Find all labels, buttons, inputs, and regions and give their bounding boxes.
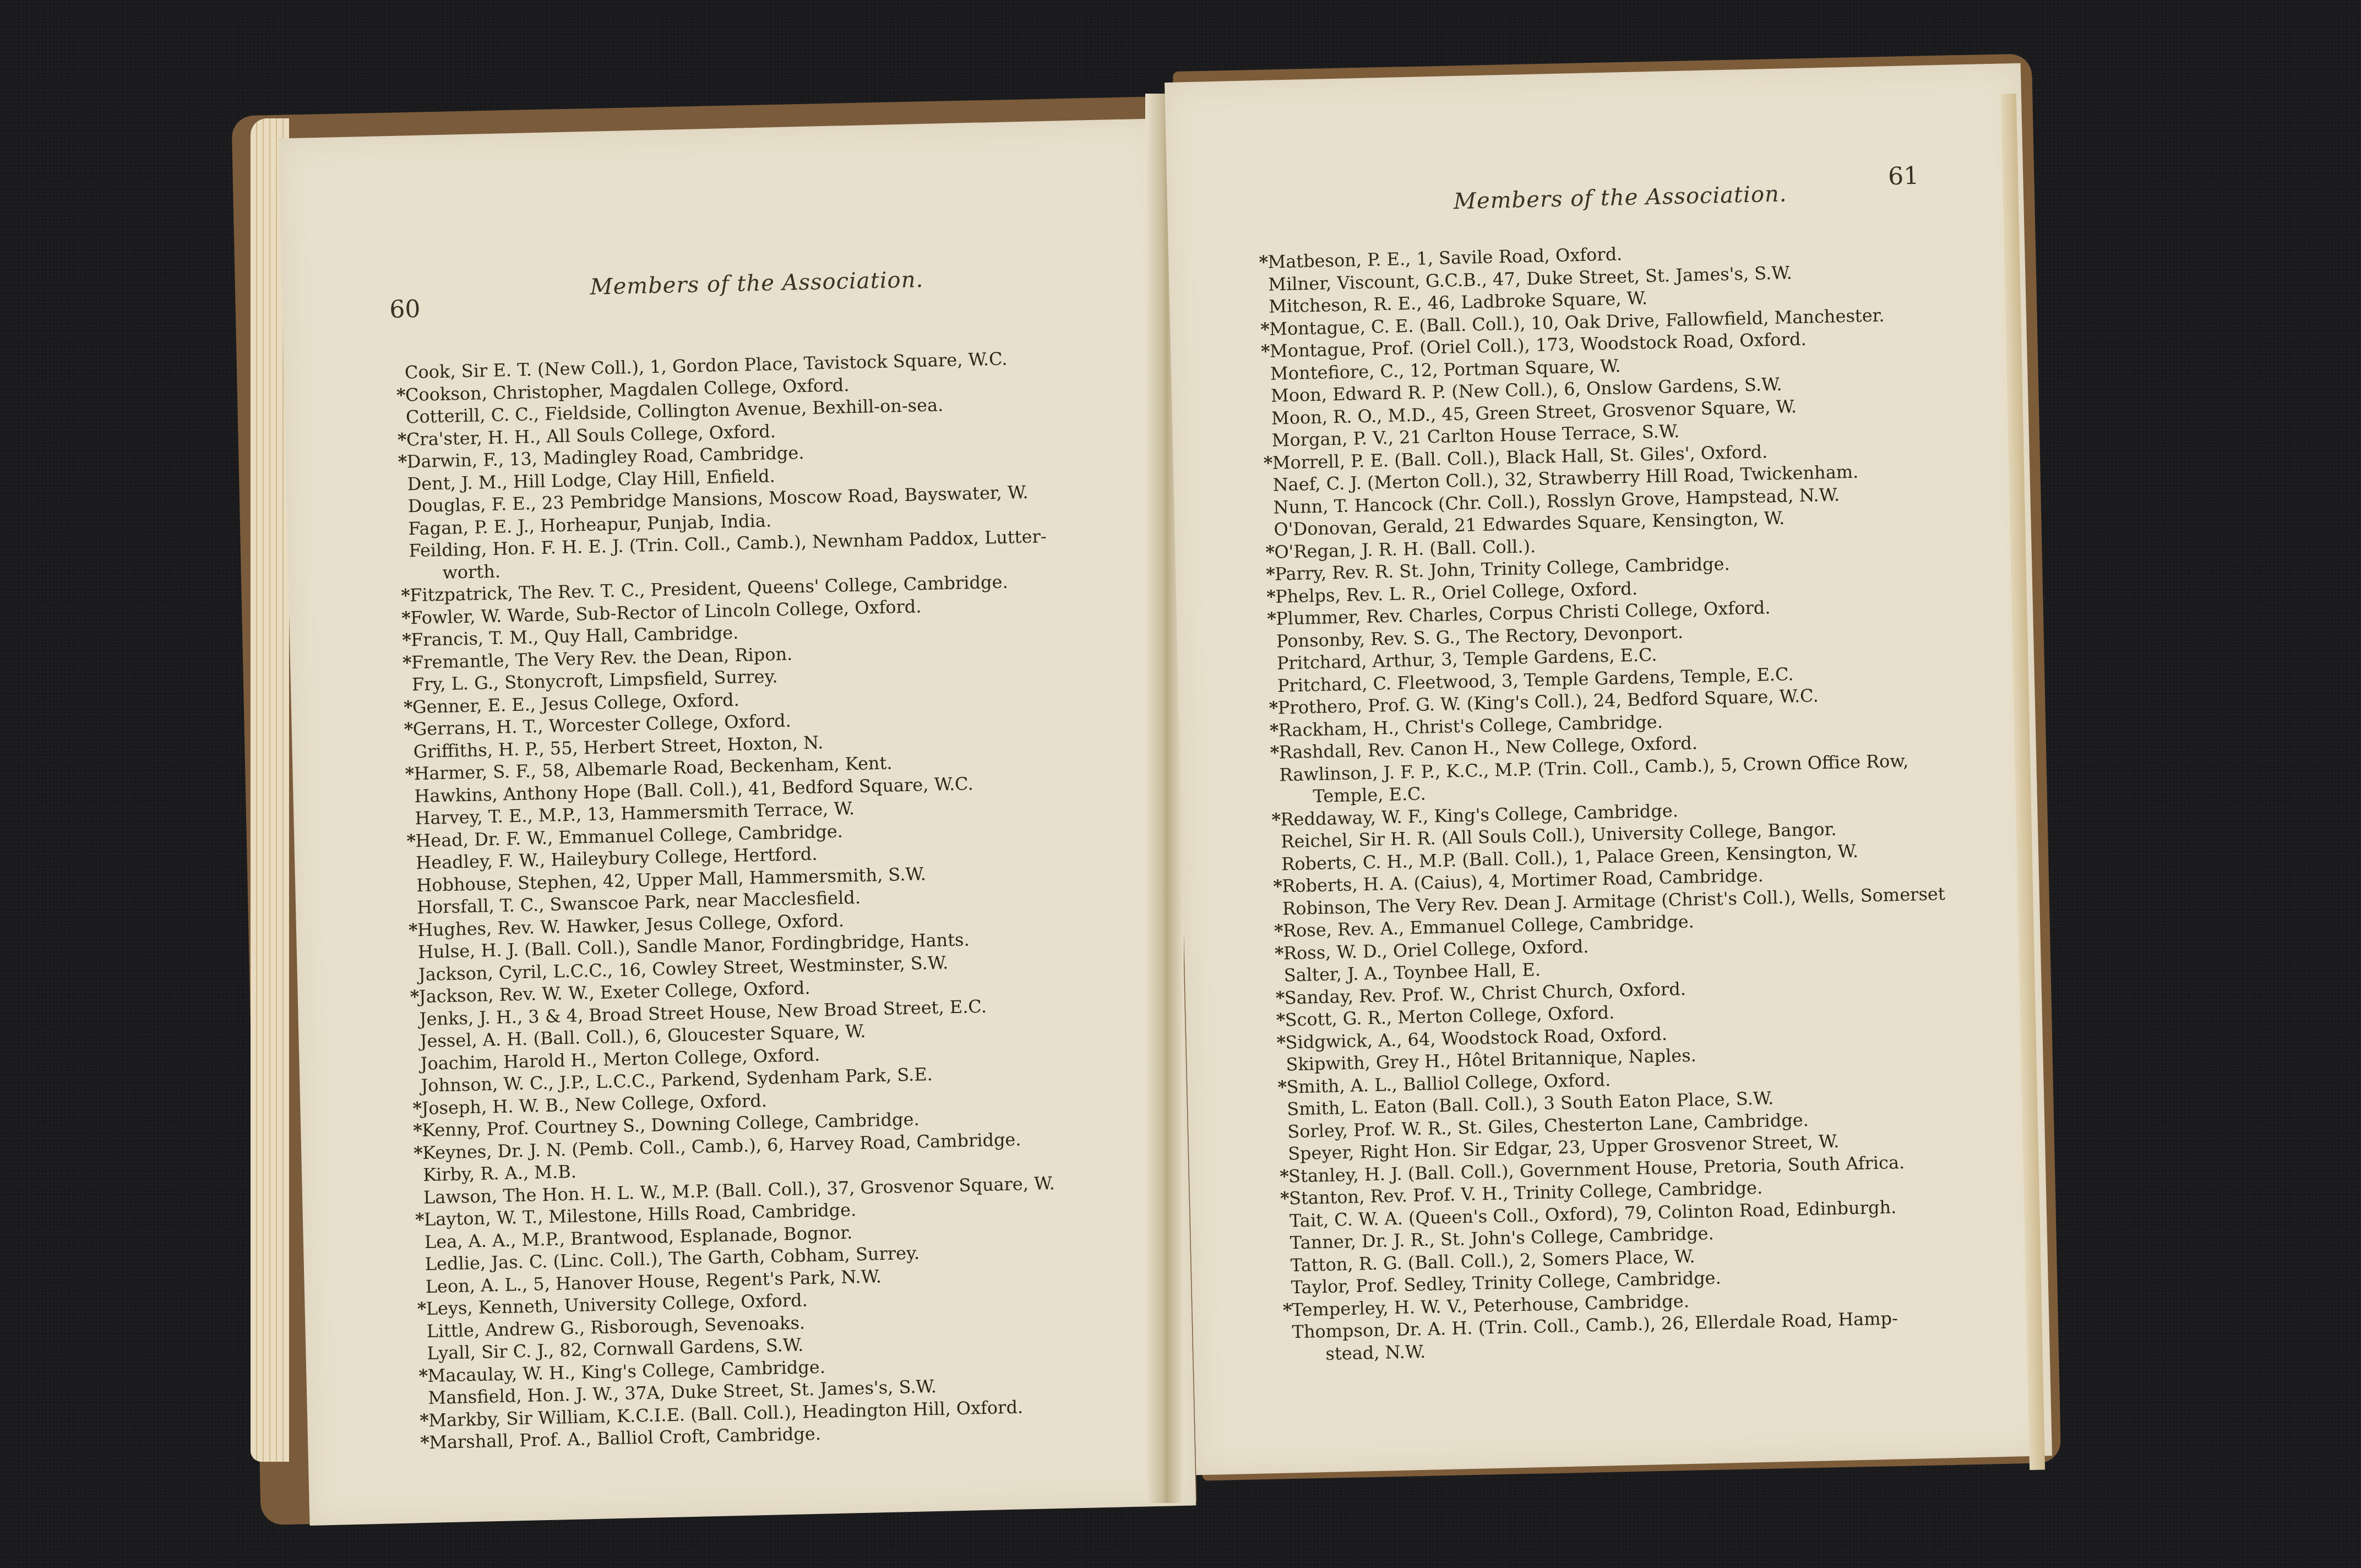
asterisk-marker: * (406, 830, 416, 852)
asterisk-marker: * (405, 763, 414, 785)
asterisk-marker: * (420, 1409, 429, 1431)
asterisk-marker: * (1271, 808, 1281, 831)
asterisk-marker: * (1260, 318, 1270, 340)
asterisk-marker: * (1267, 608, 1276, 630)
continuation-text: Temple, E.C. (1280, 783, 1426, 808)
asterisk-marker: * (413, 1119, 422, 1142)
open-book: 60 Members of the Association. Cook, Sir… (0, 0, 2361, 1568)
asterisk-marker: * (1259, 251, 1268, 274)
asterisk-marker: * (404, 718, 413, 741)
member-list: *Matbeson, P. E., 1, Savile Road, Oxford… (1267, 236, 1955, 1366)
asterisk-marker: * (401, 584, 410, 607)
asterisk-marker: * (401, 607, 411, 629)
asterisk-marker: * (412, 1097, 422, 1120)
running-header: Members of the Association. (1454, 181, 1787, 214)
asterisk-marker: * (414, 1142, 423, 1164)
asterisk-marker: * (402, 629, 411, 651)
asterisk-marker: * (396, 384, 406, 406)
asterisk-marker: * (420, 1431, 429, 1454)
asterisk-marker: * (1276, 1009, 1285, 1031)
asterisk-marker: * (1273, 875, 1282, 898)
asterisk-marker: * (403, 696, 412, 718)
asterisk-marker: * (410, 986, 419, 1008)
asterisk-marker: * (1274, 942, 1283, 965)
asterisk-marker: * (1280, 1187, 1290, 1210)
asterisk-marker: * (397, 428, 406, 451)
page-number: 61 (1888, 162, 1919, 190)
asterisk-marker: * (1261, 340, 1270, 363)
asterisk-marker: * (1277, 1076, 1287, 1098)
right-page: 61 Members of the Association. *Matbeson… (1165, 63, 2052, 1476)
asterisk-marker: * (1274, 920, 1283, 943)
asterisk-marker: * (1266, 563, 1275, 586)
asterisk-marker: * (1276, 1031, 1286, 1054)
continuation-text: worth. (409, 560, 501, 584)
asterisk-marker: * (1275, 987, 1285, 1009)
left-page: 60 Members of the Association. Cook, Sir… (278, 118, 1196, 1526)
asterisk-marker: * (418, 1364, 428, 1387)
asterisk-marker: * (1266, 585, 1276, 608)
asterisk-marker: * (1269, 697, 1278, 720)
asterisk-marker: * (1263, 451, 1272, 474)
member-list: Cook, Sir E. T. (New Coll.), 1, Gordon P… (405, 347, 1067, 1453)
asterisk-marker: * (409, 919, 418, 941)
page-number: 60 (389, 295, 421, 324)
running-header: Members of the Association. (590, 267, 923, 300)
asterisk-marker: * (1269, 719, 1279, 742)
asterisk-marker: * (417, 1298, 426, 1320)
asterisk-marker: * (1270, 742, 1279, 764)
asterisk-marker: * (402, 651, 412, 674)
asterisk-marker: * (398, 450, 407, 473)
asterisk-marker: * (1282, 1299, 1292, 1321)
entry-text: Kirby, R. A., M.B. (423, 1161, 577, 1185)
continuation-text: stead, N.W. (1292, 1341, 1426, 1364)
asterisk-marker: * (415, 1208, 425, 1231)
asterisk-marker: * (1280, 1165, 1289, 1188)
asterisk-marker: * (1265, 541, 1275, 563)
